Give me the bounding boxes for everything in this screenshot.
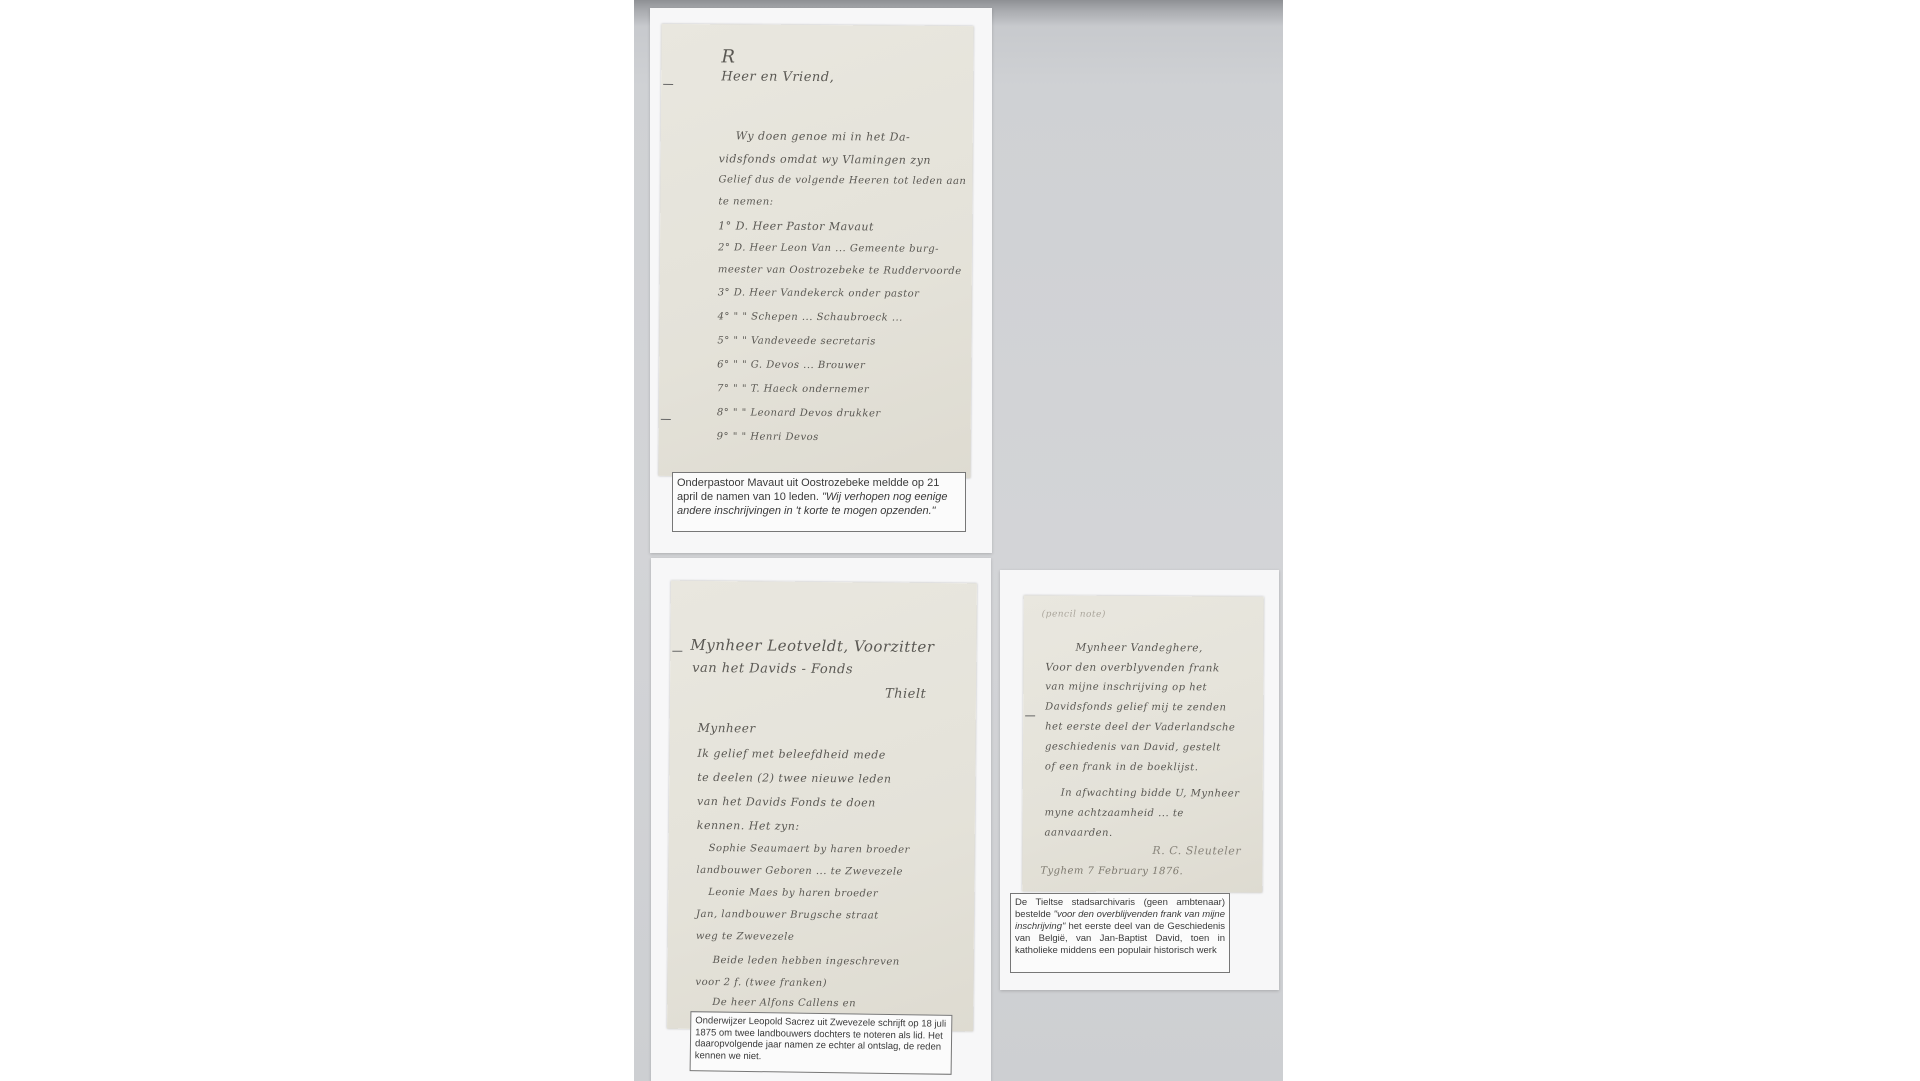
letter-line: Ik gelief met beleefdheid mede bbox=[697, 747, 975, 762]
letter-line: Jan, landbouwer Brugsche straat bbox=[696, 909, 974, 922]
letter-line: kennen. Het zyn: bbox=[697, 819, 975, 834]
caption-text: Onderwijzer Leopold Sacrez uit Zwevezele… bbox=[695, 1015, 946, 1061]
mount-letter-tielt: (pencil note) Mynheer Vandeghere, Voor d… bbox=[1000, 570, 1279, 990]
letter-line: 1° D. Heer Pastor Mavaut bbox=[718, 219, 972, 234]
letter-line: R bbox=[721, 46, 973, 69]
caption-oostrozebeke: Onderpastoor Mavaut uit Oostrozebeke mel… bbox=[672, 472, 966, 532]
letter-line: Mynheer Vandeghere, bbox=[1075, 642, 1263, 655]
letter-line: Davidsfonds gelief mij te zenden bbox=[1045, 701, 1263, 713]
handwritten-letter-tielt: (pencil note) Mynheer Vandeghere, Voor d… bbox=[1022, 595, 1264, 892]
letter-line: geschiedenis van David, gestelt bbox=[1045, 741, 1263, 753]
letter-line: Sophie Seaumaert by haren broeder bbox=[709, 843, 975, 856]
letter-line: 9° " " Henri Devos bbox=[717, 431, 971, 444]
letter-line: voor 2 f. (twee franken) bbox=[695, 977, 973, 990]
margin-mark bbox=[661, 419, 671, 420]
margin-mark bbox=[663, 84, 673, 85]
letter-line: te deelen (2) twee nieuwe leden bbox=[697, 771, 975, 786]
letter-date: Tyghem 7 February 1876. bbox=[1040, 865, 1262, 877]
caption-tielt: De Tieltse stadsarchivaris (geen ambtena… bbox=[1010, 893, 1230, 973]
letter-line: Mynheer bbox=[698, 721, 976, 737]
mount-letter-zwevezele: Mynheer Leotveldt, Voorzitter van het Da… bbox=[651, 558, 991, 1081]
letter-line: Leonie Maes by haren broeder bbox=[708, 887, 974, 900]
letter-line: 6° " " G. Devos ... Brouwer bbox=[717, 359, 971, 372]
letter-line: De heer Alfons Callens en bbox=[712, 997, 973, 1010]
letter-line: 2° D. Heer Leon Van ... Gemeente burg- bbox=[718, 242, 972, 255]
letter-line: landbouwer Geboren ... te Zwevezele bbox=[696, 865, 974, 878]
letter-line: vidsfonds omdat wy Vlamingen zyn bbox=[719, 152, 973, 167]
letter-line: meester van Oostrozebeke te Ruddervoorde bbox=[718, 264, 972, 277]
mount-letter-oostrozebeke: R Heer en Vriend, Wy doen genoe mi in he… bbox=[650, 8, 992, 553]
letter-line: te nemen: bbox=[718, 196, 972, 209]
letter-line: In afwachting bidde U, Mynheer bbox=[1061, 788, 1263, 800]
letter-line: Voor den overblyvenden frank bbox=[1045, 661, 1263, 674]
letter-line: 5° " " Vandeveede secretaris bbox=[717, 335, 971, 348]
letter-line: van het Davids Fonds te doen bbox=[697, 795, 975, 810]
letter-line: aanvaarden. bbox=[1045, 827, 1263, 839]
letter-line: Wy doen genoe mi in het Da- bbox=[736, 129, 973, 144]
handwritten-letter-zwevezele: Mynheer Leotveldt, Voorzitter van het Da… bbox=[667, 581, 977, 1032]
exhibit-photo: R Heer en Vriend, Wy doen genoe mi in he… bbox=[634, 0, 1283, 1081]
letter-line: weg te Zwevezele bbox=[696, 931, 974, 944]
handwritten-letter-oostrozebeke: R Heer en Vriend, Wy doen genoe mi in he… bbox=[658, 24, 973, 478]
letter-line: het eerste deel der Vaderlandsche bbox=[1045, 721, 1263, 733]
caption-zwevezele: Onderwijzer Leopold Sacrez uit Zwevezele… bbox=[690, 1011, 953, 1075]
letter-line: myne achtzaamheid ... te bbox=[1045, 807, 1263, 819]
letter-line: van mijne inschrijving op het bbox=[1045, 681, 1263, 693]
margin-mark bbox=[1025, 715, 1035, 716]
letter-line: of een frank in de boeklijst. bbox=[1045, 761, 1263, 773]
letter-line: 3° D. Heer Vandekerck onder pastor bbox=[718, 287, 972, 300]
letter-line: Beide leden hebben ingeschreven bbox=[713, 955, 974, 968]
letter-line: van het Davids - Fonds bbox=[692, 661, 976, 678]
letter-signature: R. C. Sleuteler bbox=[1152, 844, 1262, 858]
letter-line: Mynheer Leotveldt, Voorzitter bbox=[690, 636, 976, 656]
letter-line: 4° " " Schepen ... Schaubroeck ... bbox=[717, 311, 971, 324]
letter-line: Heer en Vriend, bbox=[721, 69, 973, 86]
letter-line: Gelief dus de volgende Heeren tot leden … bbox=[718, 174, 972, 187]
letter-line: 8° " " Leonard Devos drukker bbox=[717, 407, 971, 420]
letter-line: Thielt bbox=[885, 687, 976, 703]
letter-line: (pencil note) bbox=[1042, 609, 1264, 620]
margin-mark bbox=[672, 651, 682, 652]
letter-line: 7° " " T. Haeck ondernemer bbox=[717, 383, 971, 396]
